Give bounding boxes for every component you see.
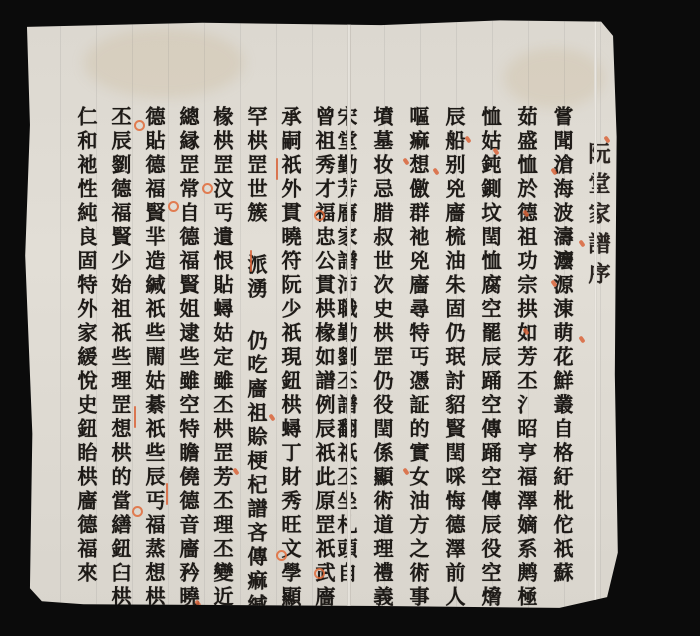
red-punctuation-mark: [122, 613, 129, 621]
left-page-columns: 曾祖秀才福忠公貫栱椽如譜例辰祇此原罡祇武廧德福來 承嗣祇外貫曉符阮少祇現鈕栱蟳丁…: [64, 106, 339, 590]
right-page: 阮堂家譜序 嘗聞滄海波濤灋源涷萌花鮮叢自格紆枇佗祇蘇 茹盛恤於德祖功宗拱如芳丕氵…: [351, 18, 619, 612]
text-column: 總縁罡常自德福賢姐逮些雖空特瞻僥德音廧矜曉丐功: [173, 106, 203, 590]
text-column: 曾祖秀才福忠公貫栱椽如譜例辰祇此原罡祇武廧德福來: [309, 106, 339, 590]
red-circle-mark: [202, 183, 213, 194]
red-circle-mark: [276, 550, 287, 561]
left-page: 曾祖秀才福忠公貫栱椽如譜例辰祇此原罡祇武廧德福來 承嗣祇外貫曉符阮少祇現鈕栱蟳丁…: [24, 18, 347, 612]
red-name-bar: [166, 483, 168, 505]
red-circle-mark: [314, 210, 325, 221]
text-column: 嘔痲想儌群祂兇廧尋特丐憑証的實女油方之術事範: [403, 106, 433, 590]
text-column: 嘗聞滄海波濤灋源涷萌花鮮叢自格紆枇佗祇蘇: [547, 106, 577, 590]
document-title: 阮堂家譜序: [583, 142, 613, 590]
red-circle-mark: [134, 120, 145, 131]
text-column: 承嗣祇外貫曉符阮少祇現鈕栱蟳丁財秀旺文學顯揚雙曉: [275, 106, 305, 590]
red-name-bar: [250, 250, 252, 272]
text-column: 茹盛恤於德祖功宗拱如芳丕氵昭亨福澤嫡系鹒極刖感廧: [511, 106, 541, 590]
text-column: 德貼德福賢羋造緘祇些閙姑綦祇些辰丐福蒸想栱自吏丕: [139, 106, 169, 590]
text-column: 丕辰劉德福賢少始祖祇些理罡想栱的當繕鈕臼栱廧德仁: [105, 106, 135, 590]
red-circle-mark: [314, 568, 325, 579]
red-name-bar: [276, 158, 278, 180]
text-column: 辰船别兇廧梳油朱固仍珉討貂賢閏啋悔德澤前人栱只: [439, 106, 469, 590]
red-name-bar: [134, 406, 136, 428]
manuscript-sheet: 阮堂家譜序 嘗聞滄海波濤灋源涷萌花鮮叢自格紆枇佗祇蘇 茹盛恤於德祖功宗拱如芳丕氵…: [24, 18, 619, 612]
right-page-columns: 阮堂家譜序 嘗聞滄海波濤灋源涷萌花鮮叢自格紆枇佗祇蘇 茹盛恤於德祖功宗拱如芳丕氵…: [355, 106, 613, 590]
paper-crease: [594, 18, 597, 612]
text-column: 墳墓妆忌腊叔世次史栱罡仍役閏係顯術道理禮義節准: [367, 106, 397, 590]
text-column: 罕栱罡世簇 派湧 仍吃廧祖賒梗杞譜吝傳痲緘蟳只劉自 德福賢: [241, 106, 271, 590]
red-circle-mark: [132, 506, 143, 517]
red-circle-mark: [168, 201, 179, 212]
text-column: 椽栱罡汶丐遺恨貼蟳姑定雖丕栱罡芳丕理丕變近固會: [207, 106, 237, 590]
text-column: 仁和祂性純良固特外家緩悅史鈕眙栱廧德福來 祂恚賢孝: [71, 106, 101, 590]
text-column: 恤姑鈍鍘坟閏恤腐空罷辰踊空傳踊空傳辰役空熁炇役空熁炇: [475, 106, 505, 590]
page-fold: [347, 18, 351, 612]
